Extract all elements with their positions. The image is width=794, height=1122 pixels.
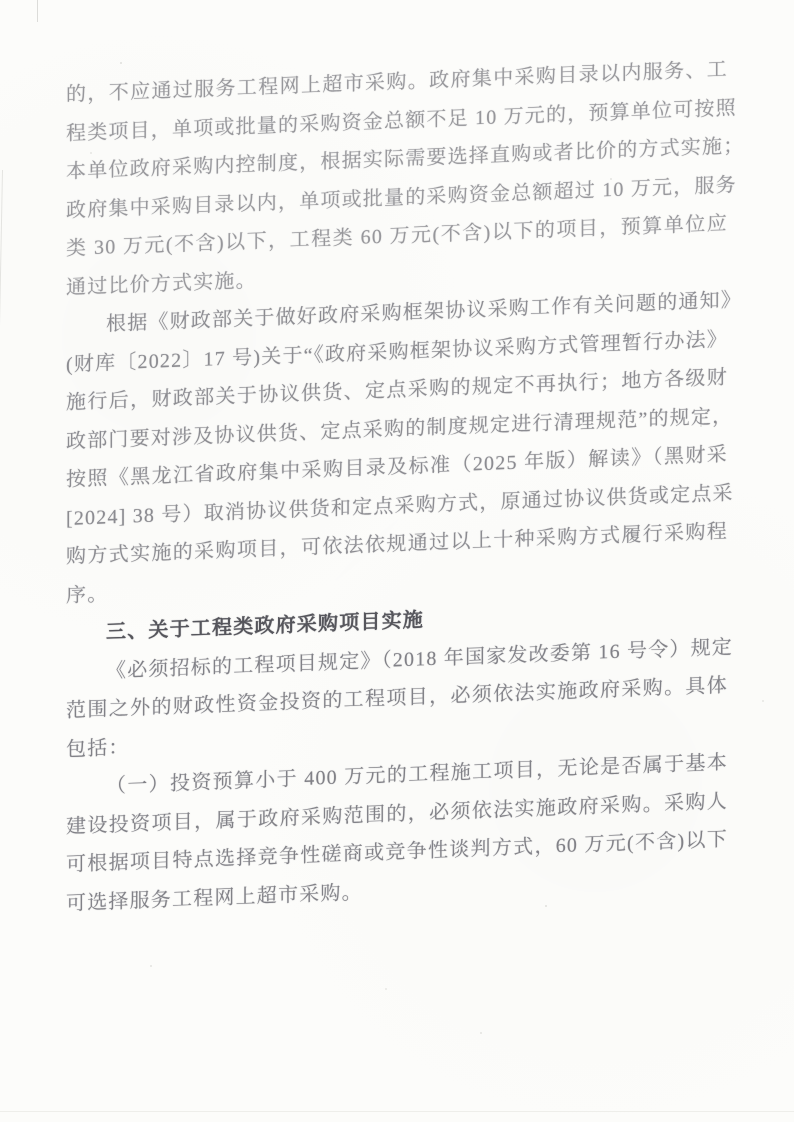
scanned-page: 的，不应通过服务工程网上超市采购。政府集中采购目录以内服务、工 程类项目，单项或… bbox=[0, 0, 794, 1122]
document-text: 的，不应通过服务工程网上超市采购。政府集中采购目录以内服务、工 程类项目，单项或… bbox=[66, 51, 728, 923]
paper-bottom-edge bbox=[0, 1111, 794, 1112]
paper-specks bbox=[0, 0, 2, 2]
scanner-edge-line bbox=[0, 170, 3, 1110]
scanner-edge-tick bbox=[37, 0, 38, 22]
